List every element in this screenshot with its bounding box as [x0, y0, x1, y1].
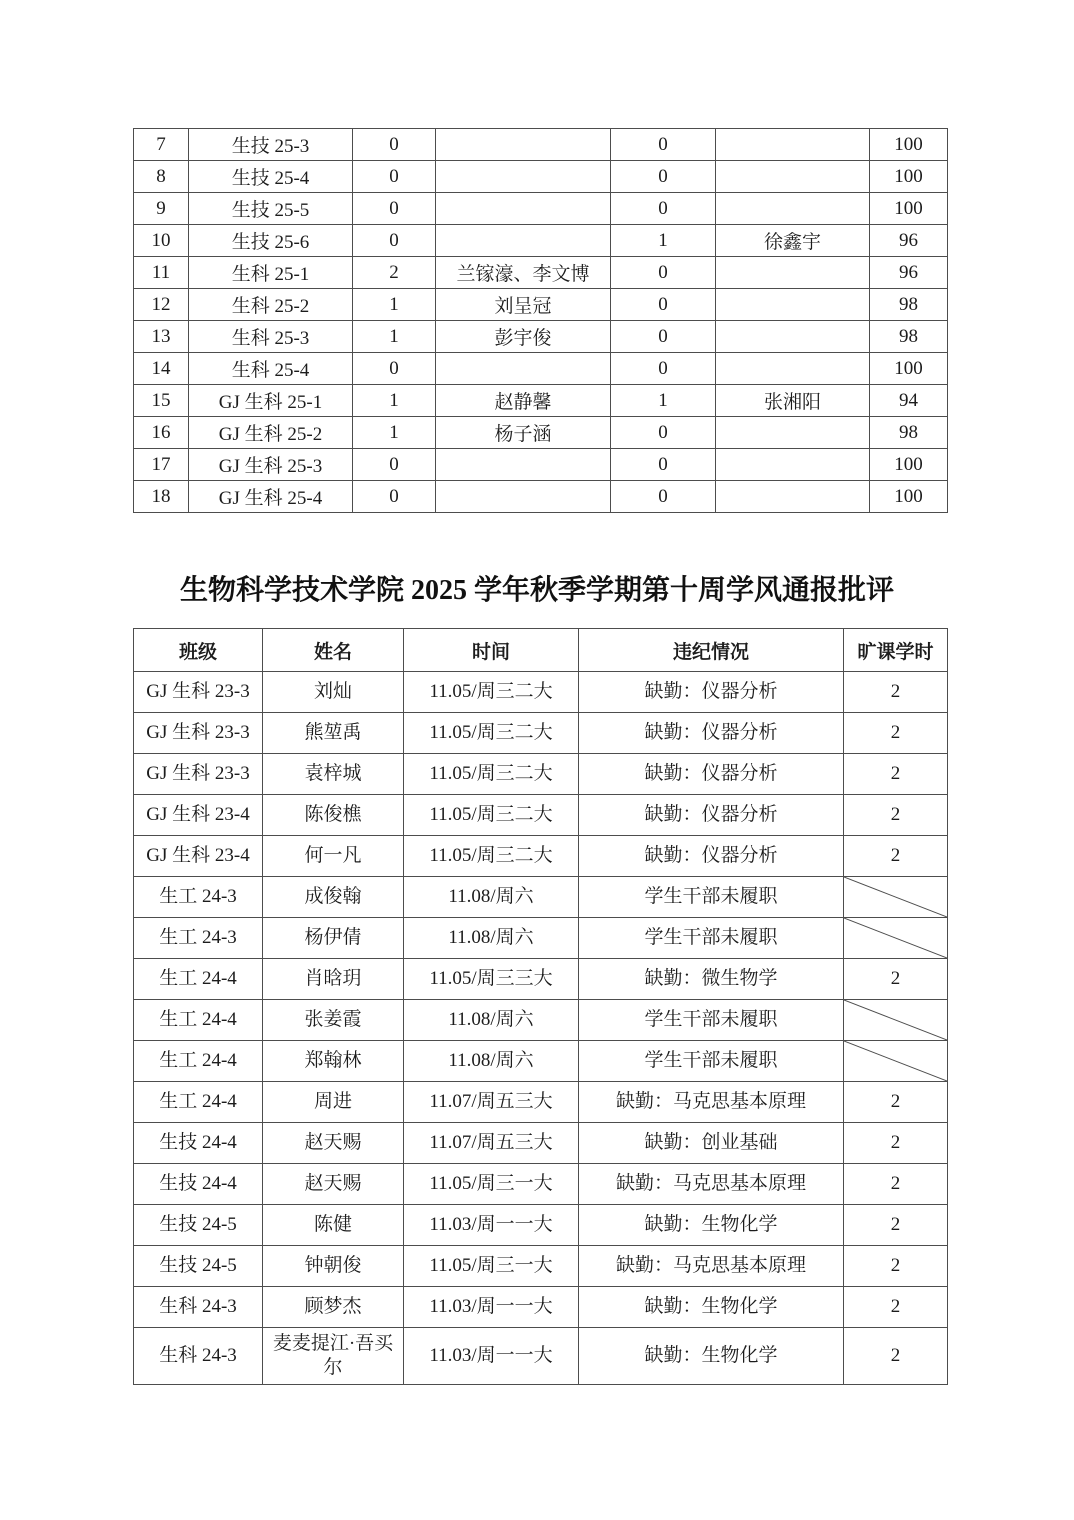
names-cell [436, 161, 611, 193]
class-cell: 生技 24-4 [134, 1164, 263, 1205]
class-cell: 生科 24-3 [134, 1328, 263, 1385]
names-cell [716, 257, 870, 289]
header-time: 时间 [404, 629, 579, 672]
violation-row: 生科 24-3麦麦提江·吾买尔11.03/周一一大缺勤：生物化学2 [134, 1328, 948, 1385]
violation-row: GJ 生科 23-4何一凡11.05/周三二大缺勤：仪器分析2 [134, 836, 948, 877]
violation-row: 生技 24-4赵天赐11.05/周三一大缺勤：马克思基本原理2 [134, 1164, 948, 1205]
student-name-cell: 周进 [263, 1082, 404, 1123]
time-cell: 11.05/周三一大 [404, 1246, 579, 1287]
count-cell: 0 [611, 257, 716, 289]
student-name-cell: 陈健 [263, 1205, 404, 1246]
violation-row: 生工 24-3杨伊倩11.08/周六学生干部未履职 [134, 918, 948, 959]
summary-row: 14生科 25-400100 [134, 353, 948, 385]
student-name-cell: 刘灿 [263, 672, 404, 713]
class-name-cell: 生技 25-3 [189, 129, 353, 161]
student-name-cell: 张姜霞 [263, 1000, 404, 1041]
violation-row: GJ 生科 23-3熊堃禹11.05/周三二大缺勤：仪器分析2 [134, 713, 948, 754]
time-cell: 11.08/周六 [404, 1000, 579, 1041]
violation-cell: 缺勤：生物化学 [579, 1328, 844, 1385]
count-cell: 0 [353, 449, 436, 481]
violation-row: 生工 24-4郑翰林11.08/周六学生干部未履职 [134, 1041, 948, 1082]
diagonal-slash-line [844, 877, 947, 917]
violation-row: 生技 24-4赵天赐11.07/周五三大缺勤：创业基础2 [134, 1123, 948, 1164]
time-cell: 11.05/周三二大 [404, 836, 579, 877]
violation-cell: 缺勤：生物化学 [579, 1205, 844, 1246]
class-cell: GJ 生科 23-3 [134, 672, 263, 713]
class-name-cell: 生技 25-6 [189, 225, 353, 257]
names-cell [716, 321, 870, 353]
violation-cell: 缺勤：仪器分析 [579, 672, 844, 713]
time-cell: 11.03/周一一大 [404, 1287, 579, 1328]
names-cell [716, 161, 870, 193]
header-name: 姓名 [263, 629, 404, 672]
hours-cell: 2 [844, 1287, 948, 1328]
names-cell [716, 193, 870, 225]
student-name-cell: 肖晗玥 [263, 959, 404, 1000]
violation-cell: 缺勤：生物化学 [579, 1287, 844, 1328]
names-cell [436, 449, 611, 481]
violation-cell: 学生干部未履职 [579, 1041, 844, 1082]
time-cell: 11.05/周三三大 [404, 959, 579, 1000]
header-class: 班级 [134, 629, 263, 672]
class-summary-table: 7生技 25-3001008生技 25-4001009生技 25-5001001… [133, 128, 948, 513]
names-cell [436, 129, 611, 161]
violation-cell: 学生干部未履职 [579, 877, 844, 918]
row-number-cell: 11 [134, 257, 189, 289]
names-cell: 杨子涵 [436, 417, 611, 449]
violation-row: GJ 生科 23-4陈俊樵11.05/周三二大缺勤：仪器分析2 [134, 795, 948, 836]
student-name-cell: 钟朝俊 [263, 1246, 404, 1287]
class-cell: 生工 24-4 [134, 1082, 263, 1123]
score-cell: 98 [870, 417, 948, 449]
class-name-cell: GJ 生科 25-2 [189, 417, 353, 449]
score-cell: 100 [870, 129, 948, 161]
violation-cell: 缺勤：马克思基本原理 [579, 1246, 844, 1287]
count-cell: 0 [611, 161, 716, 193]
count-cell: 0 [611, 417, 716, 449]
count-cell: 0 [611, 481, 716, 513]
summary-row: 11生科 25-12兰镓濠、李文博096 [134, 257, 948, 289]
row-number-cell: 10 [134, 225, 189, 257]
summary-row: 10生技 25-601徐鑫宇96 [134, 225, 948, 257]
score-cell: 100 [870, 193, 948, 225]
violation-cell: 缺勤：仪器分析 [579, 713, 844, 754]
time-cell: 11.05/周三二大 [404, 713, 579, 754]
names-cell: 徐鑫宇 [716, 225, 870, 257]
count-cell: 1 [611, 225, 716, 257]
names-cell [436, 353, 611, 385]
student-name-cell: 麦麦提江·吾买尔 [263, 1328, 404, 1385]
hours-cell-slash [844, 1000, 948, 1041]
class-cell: 生技 24-5 [134, 1246, 263, 1287]
time-cell: 11.03/周一一大 [404, 1328, 579, 1385]
violation-row: 生工 24-4周进11.07/周五三大缺勤：马克思基本原理2 [134, 1082, 948, 1123]
count-cell: 1 [353, 289, 436, 321]
count-cell: 1 [611, 385, 716, 417]
names-cell [716, 289, 870, 321]
student-name-cell: 袁梓城 [263, 754, 404, 795]
violation-row: 生工 24-4肖晗玥11.05/周三三大缺勤：微生物学2 [134, 959, 948, 1000]
score-cell: 98 [870, 289, 948, 321]
summary-row: 8生技 25-400100 [134, 161, 948, 193]
violation-cell: 缺勤：马克思基本原理 [579, 1164, 844, 1205]
class-name-cell: 生科 25-4 [189, 353, 353, 385]
class-cell: 生工 24-4 [134, 959, 263, 1000]
time-cell: 11.05/周三二大 [404, 795, 579, 836]
count-cell: 0 [611, 193, 716, 225]
score-cell: 100 [870, 353, 948, 385]
time-cell: 11.07/周五三大 [404, 1123, 579, 1164]
row-number-cell: 9 [134, 193, 189, 225]
hours-cell: 2 [844, 1246, 948, 1287]
hours-cell: 2 [844, 754, 948, 795]
names-cell [436, 193, 611, 225]
score-cell: 96 [870, 225, 948, 257]
row-number-cell: 14 [134, 353, 189, 385]
class-name-cell: GJ 生科 25-3 [189, 449, 353, 481]
diagonal-slash-line [844, 1000, 947, 1040]
score-cell: 98 [870, 321, 948, 353]
class-cell: 生工 24-3 [134, 918, 263, 959]
student-name-cell: 成俊翰 [263, 877, 404, 918]
count-cell: 0 [611, 129, 716, 161]
count-cell: 0 [611, 321, 716, 353]
class-cell: GJ 生科 23-4 [134, 836, 263, 877]
violation-cell: 缺勤：微生物学 [579, 959, 844, 1000]
report-title: 生物科学技术学院 2025 学年秋季学期第十周学风通报批评 [0, 568, 1074, 608]
hours-cell: 2 [844, 672, 948, 713]
class-cell: 生技 24-5 [134, 1205, 263, 1246]
count-cell: 0 [611, 289, 716, 321]
count-cell: 0 [353, 481, 436, 513]
violation-row: GJ 生科 23-3刘灿11.05/周三二大缺勤：仪器分析2 [134, 672, 948, 713]
names-cell [716, 353, 870, 385]
time-cell: 11.05/周三一大 [404, 1164, 579, 1205]
row-number-cell: 8 [134, 161, 189, 193]
student-name-cell: 熊堃禹 [263, 713, 404, 754]
class-cell: GJ 生科 23-4 [134, 795, 263, 836]
time-cell: 11.08/周六 [404, 1041, 579, 1082]
summary-row: 9生技 25-500100 [134, 193, 948, 225]
header-violation: 违纪情况 [579, 629, 844, 672]
hours-cell: 2 [844, 795, 948, 836]
violation-cell: 学生干部未履职 [579, 918, 844, 959]
class-name-cell: 生技 25-5 [189, 193, 353, 225]
violation-row: GJ 生科 23-3袁梓城11.05/周三二大缺勤：仪器分析2 [134, 754, 948, 795]
violation-header-row: 班级 姓名 时间 违纪情况 旷课学时 [134, 629, 948, 672]
student-name-cell: 何一凡 [263, 836, 404, 877]
summary-row: 12生科 25-21刘呈冠098 [134, 289, 948, 321]
violation-cell: 缺勤：马克思基本原理 [579, 1082, 844, 1123]
time-cell: 11.07/周五三大 [404, 1082, 579, 1123]
summary-row: 18GJ 生科 25-400100 [134, 481, 948, 513]
class-name-cell: GJ 生科 25-4 [189, 481, 353, 513]
names-cell [716, 417, 870, 449]
class-cell: 生技 24-4 [134, 1123, 263, 1164]
class-cell: GJ 生科 23-3 [134, 713, 263, 754]
class-name-cell: 生科 25-3 [189, 321, 353, 353]
violation-row: 生科 24-3顾梦杰11.03/周一一大缺勤：生物化学2 [134, 1287, 948, 1328]
violation-report-table: 班级 姓名 时间 违纪情况 旷课学时 GJ 生科 23-3刘灿11.05/周三二… [133, 628, 948, 1385]
violation-cell: 缺勤：仪器分析 [579, 795, 844, 836]
class-name-cell: GJ 生科 25-1 [189, 385, 353, 417]
count-cell: 0 [353, 129, 436, 161]
names-cell [436, 481, 611, 513]
student-name-cell: 杨伊倩 [263, 918, 404, 959]
class-name-cell: 生科 25-2 [189, 289, 353, 321]
score-cell: 96 [870, 257, 948, 289]
row-number-cell: 18 [134, 481, 189, 513]
summary-row: 13生科 25-31彭宇俊098 [134, 321, 948, 353]
header-hours: 旷课学时 [844, 629, 948, 672]
hours-cell: 2 [844, 836, 948, 877]
time-cell: 11.03/周一一大 [404, 1205, 579, 1246]
hours-cell: 2 [844, 959, 948, 1000]
class-cell: 生科 24-3 [134, 1287, 263, 1328]
count-cell: 0 [611, 449, 716, 481]
row-number-cell: 16 [134, 417, 189, 449]
violation-row: 生技 24-5钟朝俊11.05/周三一大缺勤：马克思基本原理2 [134, 1246, 948, 1287]
count-cell: 1 [353, 417, 436, 449]
score-cell: 94 [870, 385, 948, 417]
class-cell: 生工 24-4 [134, 1000, 263, 1041]
count-cell: 1 [353, 321, 436, 353]
count-cell: 1 [353, 385, 436, 417]
student-name-cell: 郑翰林 [263, 1041, 404, 1082]
names-cell: 彭宇俊 [436, 321, 611, 353]
summary-row: 7生技 25-300100 [134, 129, 948, 161]
hours-cell-slash [844, 918, 948, 959]
class-cell: 生工 24-3 [134, 877, 263, 918]
diagonal-slash-line [844, 918, 947, 958]
summary-row: 17GJ 生科 25-300100 [134, 449, 948, 481]
class-name-cell: 生科 25-1 [189, 257, 353, 289]
summary-row: 16GJ 生科 25-21杨子涵098 [134, 417, 948, 449]
violation-cell: 缺勤：仪器分析 [579, 754, 844, 795]
row-number-cell: 12 [134, 289, 189, 321]
names-cell: 赵静馨 [436, 385, 611, 417]
row-number-cell: 17 [134, 449, 189, 481]
violation-row: 生工 24-4张姜霞11.08/周六学生干部未履职 [134, 1000, 948, 1041]
violation-cell: 学生干部未履职 [579, 1000, 844, 1041]
count-cell: 2 [353, 257, 436, 289]
violation-cell: 缺勤：创业基础 [579, 1123, 844, 1164]
count-cell: 0 [611, 353, 716, 385]
names-cell: 张湘阳 [716, 385, 870, 417]
names-cell: 兰镓濠、李文博 [436, 257, 611, 289]
violation-row: 生技 24-5陈健11.03/周一一大缺勤：生物化学2 [134, 1205, 948, 1246]
names-cell [716, 449, 870, 481]
row-number-cell: 7 [134, 129, 189, 161]
hours-cell-slash [844, 877, 948, 918]
count-cell: 0 [353, 193, 436, 225]
student-name-cell: 赵天赐 [263, 1164, 404, 1205]
score-cell: 100 [870, 161, 948, 193]
student-name-cell: 赵天赐 [263, 1123, 404, 1164]
count-cell: 0 [353, 161, 436, 193]
hours-cell: 2 [844, 1082, 948, 1123]
hours-cell: 2 [844, 1205, 948, 1246]
time-cell: 11.05/周三二大 [404, 672, 579, 713]
count-cell: 0 [353, 225, 436, 257]
violation-cell: 缺勤：仪器分析 [579, 836, 844, 877]
hours-cell: 2 [844, 1164, 948, 1205]
hours-cell: 2 [844, 713, 948, 754]
names-cell [716, 481, 870, 513]
row-number-cell: 15 [134, 385, 189, 417]
score-cell: 100 [870, 481, 948, 513]
time-cell: 11.08/周六 [404, 877, 579, 918]
student-name-cell: 顾梦杰 [263, 1287, 404, 1328]
hours-cell-slash [844, 1041, 948, 1082]
class-name-cell: 生技 25-4 [189, 161, 353, 193]
count-cell: 0 [353, 353, 436, 385]
time-cell: 11.05/周三二大 [404, 754, 579, 795]
document-page: { "page": { "background_color": "#ffffff… [0, 0, 1074, 1520]
student-name-cell: 陈俊樵 [263, 795, 404, 836]
names-cell [436, 225, 611, 257]
violation-row: 生工 24-3成俊翰11.08/周六学生干部未履职 [134, 877, 948, 918]
diagonal-slash-line [844, 1041, 947, 1081]
class-cell: GJ 生科 23-3 [134, 754, 263, 795]
score-cell: 100 [870, 449, 948, 481]
names-cell: 刘呈冠 [436, 289, 611, 321]
summary-row: 15GJ 生科 25-11赵静馨1张湘阳94 [134, 385, 948, 417]
class-cell: 生工 24-4 [134, 1041, 263, 1082]
hours-cell: 2 [844, 1123, 948, 1164]
row-number-cell: 13 [134, 321, 189, 353]
hours-cell: 2 [844, 1328, 948, 1385]
names-cell [716, 129, 870, 161]
time-cell: 11.08/周六 [404, 918, 579, 959]
